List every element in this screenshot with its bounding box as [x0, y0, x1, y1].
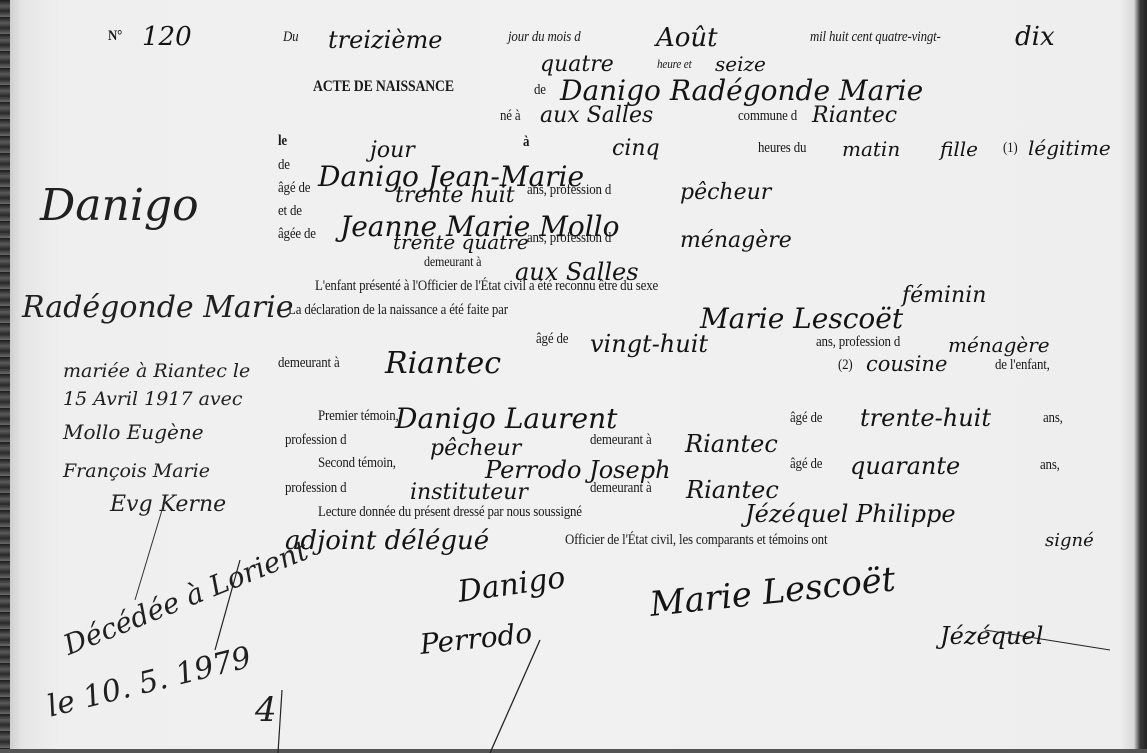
pen-strokes-decoration	[0, 0, 1147, 753]
scanned-register-page: N° 120 Du treizième jour du mois d Août …	[0, 0, 1147, 753]
